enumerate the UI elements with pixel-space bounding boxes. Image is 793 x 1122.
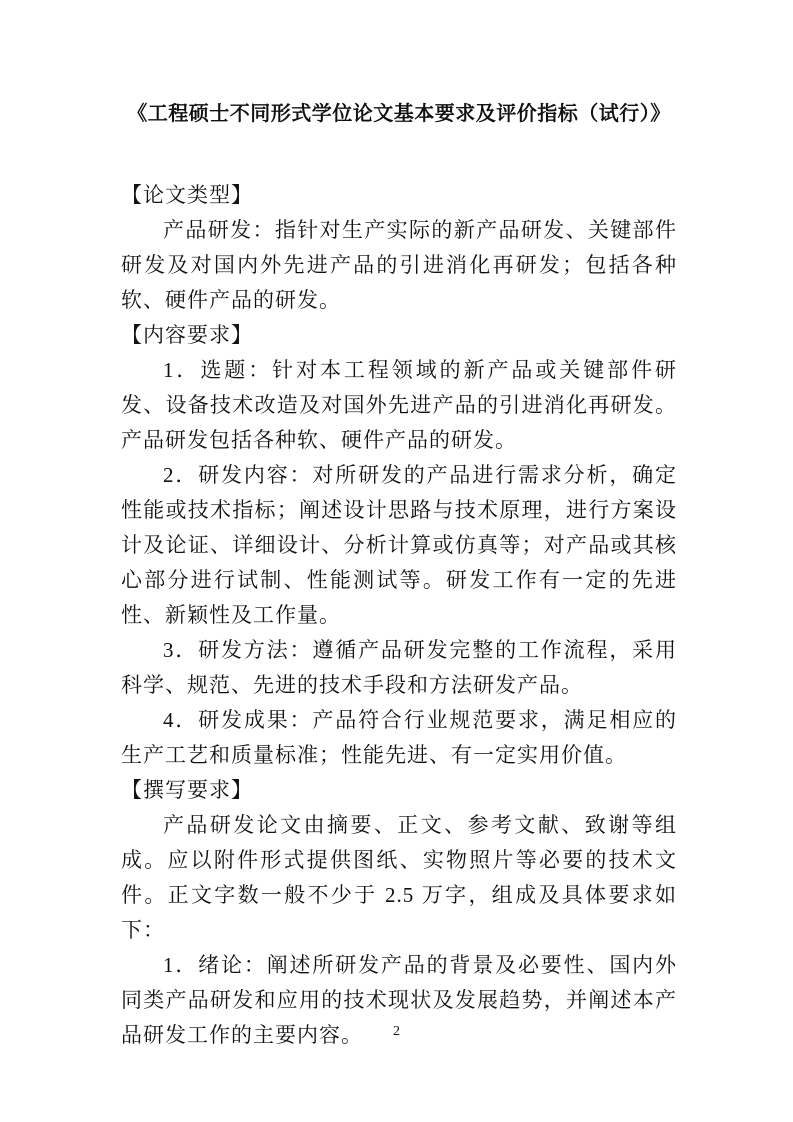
section-heading: 【撰写要求】 xyxy=(121,773,677,808)
body-paragraph: 1．选题：针对本工程领域的新产品或关键部件研发、设备技术改造及对国外先进产品的引… xyxy=(121,353,677,458)
section-heading: 【内容要求】 xyxy=(121,318,677,353)
body-paragraph: 产品研发论文由摘要、正文、参考文献、致谢等组成。应以附件形式提供图纸、实物照片等… xyxy=(121,808,677,948)
document-body: 【论文类型】产品研发：指针对生产实际的新产品研发、关键部件研发及对国内外先进产品… xyxy=(121,178,677,1053)
document-content: 《工程硕士不同形式学位论文基本要求及评价指标（试行）》 【论文类型】产品研发：指… xyxy=(121,100,677,1053)
body-paragraph: 4．研发成果：产品符合行业规范要求，满足相应的生产工艺和质量标准；性能先进、有一… xyxy=(121,703,677,773)
page-number: 2 xyxy=(0,1022,793,1042)
document-title: 《工程硕士不同形式学位论文基本要求及评价指标（试行）》 xyxy=(121,100,677,128)
body-paragraph: 产品研发：指针对生产实际的新产品研发、关键部件研发及对国内外先进产品的引进消化再… xyxy=(121,213,677,318)
body-paragraph: 2．研发内容：对所研发的产品进行需求分析，确定性能或技术指标；阐述设计思路与技术… xyxy=(121,458,677,633)
document-page: 《工程硕士不同形式学位论文基本要求及评价指标（试行）》 【论文类型】产品研发：指… xyxy=(0,0,793,1122)
body-paragraph: 3．研发方法：遵循产品研发完整的工作流程，采用科学、规范、先进的技术手段和方法研… xyxy=(121,633,677,703)
section-heading: 【论文类型】 xyxy=(121,178,677,213)
